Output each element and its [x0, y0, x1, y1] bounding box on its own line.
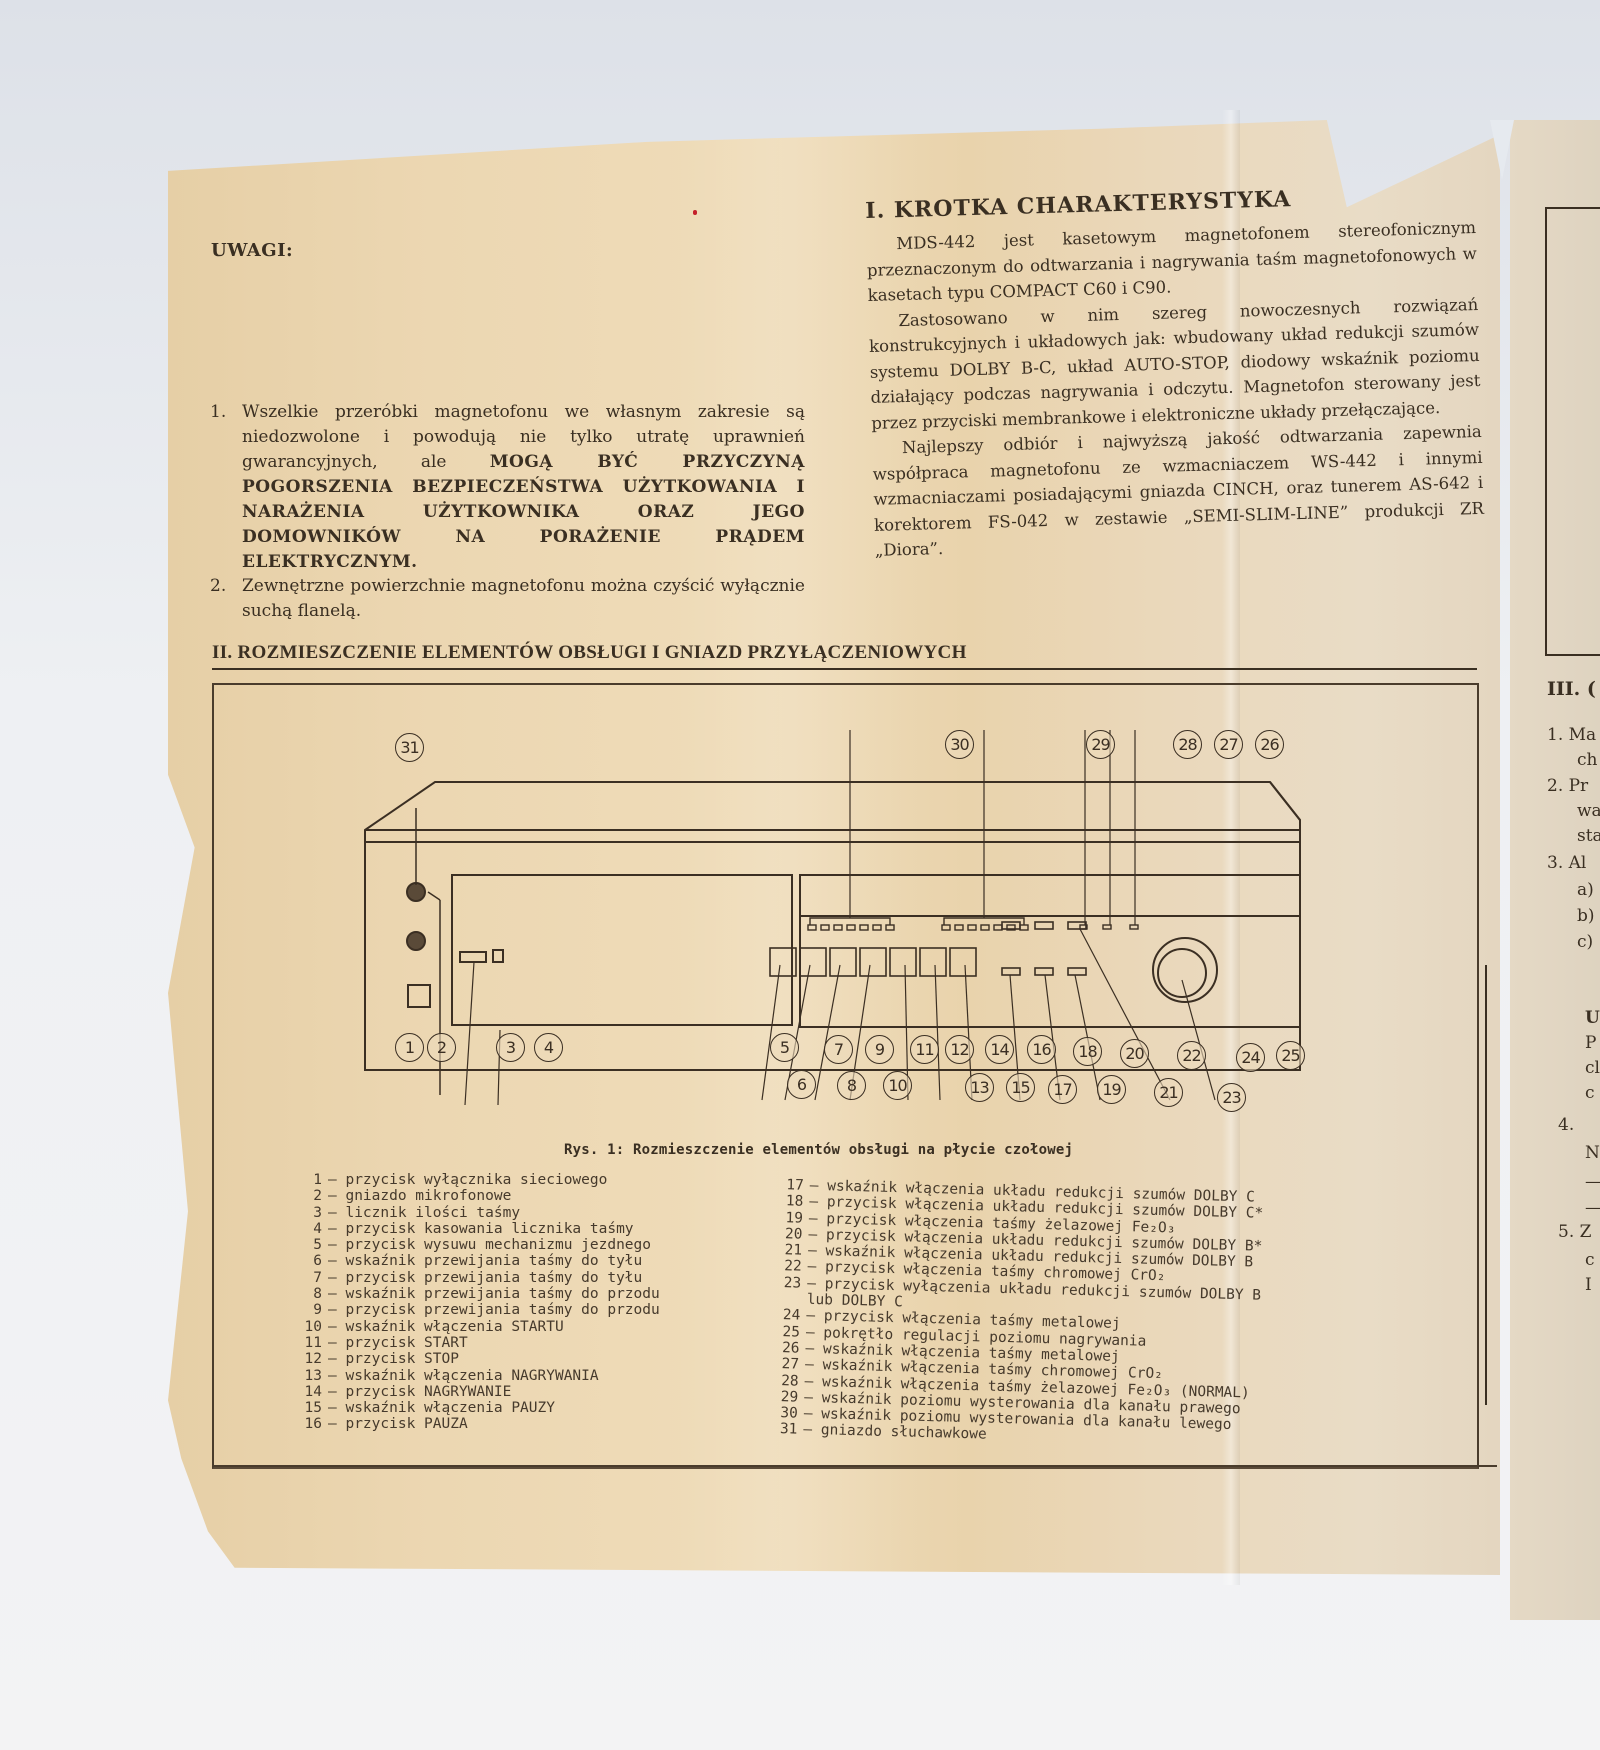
callout-number-29: 29 [1086, 730, 1115, 759]
tape-counter [460, 952, 486, 962]
callout-number-26: 26 [1255, 730, 1284, 759]
power-button [408, 985, 430, 1007]
legend-right: 17— wskaźnik włączenia układu redukcji s… [771, 1177, 1264, 1450]
legend-item: 3— licznik ilości taśmy [296, 1205, 660, 1221]
callout-number-31: 31 [395, 733, 424, 762]
divider [212, 668, 1477, 670]
right-page-line: — [1585, 1198, 1600, 1218]
callout-number-13: 13 [965, 1073, 994, 1102]
divider [212, 1465, 1497, 1467]
callout-number-20: 20 [1120, 1039, 1149, 1068]
right-page-line: b) [1577, 906, 1595, 926]
callout-number-1: 1 [395, 1033, 424, 1062]
callout-number-10: 10 [883, 1071, 912, 1100]
red-mark [693, 210, 697, 215]
right-page-line: 3. Al [1547, 853, 1586, 873]
right-page-line: I [1585, 1275, 1592, 1295]
right-page-line: c) [1577, 932, 1593, 952]
callout-number-25: 25 [1276, 1041, 1305, 1070]
right-page-line: N [1585, 1143, 1600, 1163]
legend-left: 1— przycisk wyłącznika sieciowego 2— gni… [296, 1172, 660, 1433]
right-page-line: a) [1577, 880, 1594, 900]
callout-number-21: 21 [1154, 1078, 1183, 1107]
legend-item: 12— przycisk STOP [296, 1351, 660, 1367]
callout-number-19: 19 [1097, 1075, 1126, 1104]
callout-number-18: 18 [1073, 1037, 1102, 1066]
callout-number-3: 3 [496, 1033, 525, 1062]
callout-number-12: 12 [945, 1035, 974, 1064]
callout-number-8: 8 [837, 1071, 866, 1100]
right-page-line: sta [1577, 826, 1600, 846]
note-item-2: 2. Zewnętrzne powierzchnie magnetofonu m… [210, 574, 805, 624]
callout-number-2: 2 [427, 1033, 456, 1062]
note-text: Zewnętrzne powierzchnie magnetofonu możn… [242, 574, 805, 624]
right-page-line: c [1585, 1250, 1595, 1270]
callout-number-22: 22 [1177, 1041, 1206, 1070]
uwagi-heading: UWAGI: [211, 240, 293, 261]
legend-item: 14— przycisk NAGRYWANIE [296, 1384, 660, 1400]
callout-number-28: 28 [1173, 730, 1202, 759]
note-number: 1. [210, 400, 226, 425]
right-page-line: P [1585, 1033, 1596, 1053]
legend-item: 15— wskaźnik włączenia PAUZY [296, 1400, 660, 1416]
callout-number-7: 7 [824, 1035, 853, 1064]
right-page-line: c [1585, 1083, 1595, 1103]
legend-item: 1— przycisk wyłącznika sieciowego [296, 1172, 660, 1188]
right-page-heading: III. ( [1547, 678, 1596, 700]
section-characteristics: I. KROTKA CHARAKTERYSTYKA MDS-442 jest k… [865, 181, 1485, 563]
legend-item: 5— przycisk wysuwu mechanizmu jezdnego [296, 1237, 660, 1253]
paragraph: Najlepszy odbiór i najwyższą jakość odtw… [872, 419, 1485, 563]
legend-item: 13— wskaźnik włączenia NAGRYWANIA [296, 1368, 660, 1384]
callout-number-6: 6 [787, 1070, 816, 1099]
right-page-line: cl [1585, 1058, 1600, 1078]
legend-item: 2— gniazdo mikrofonowe [296, 1188, 660, 1204]
legend-item: 10— wskaźnik włączenia STARTU [296, 1319, 660, 1335]
mic-jack-icon [407, 932, 425, 950]
legend-item: 9— przycisk przewijania taśmy do przodu [296, 1302, 660, 1318]
legend-item: 16— przycisk PAUZA [296, 1416, 660, 1432]
right-page-line: — [1585, 1172, 1600, 1192]
callout-number-17: 17 [1048, 1075, 1077, 1104]
legend-item: 6— wskaźnik przewijania taśmy do tyłu [296, 1253, 660, 1269]
legend-item: 8— wskaźnik przewijania taśmy do przodu [296, 1286, 660, 1302]
paragraph: Zastosowano w nim szereg nowoczesnych ro… [868, 291, 1481, 435]
callout-number-5: 5 [770, 1033, 799, 1062]
callout-number-23: 23 [1217, 1083, 1246, 1112]
right-page-line: wa [1577, 801, 1600, 821]
callout-number-9: 9 [865, 1035, 894, 1064]
callout-number-14: 14 [985, 1035, 1014, 1064]
callout-number-11: 11 [910, 1035, 939, 1064]
note-number: 2. [210, 574, 226, 599]
callout-number-27: 27 [1214, 730, 1243, 759]
right-page-frame [1545, 207, 1600, 656]
section-title: II. ROZMIESZCZENIE ELEMENTÓW OBSŁUGI I G… [212, 642, 967, 664]
headphone-jack-icon [407, 883, 425, 901]
right-page-line: 5. Z [1558, 1222, 1591, 1242]
right-page-line: U [1585, 1008, 1600, 1028]
note-item-1: 1. Wszelkie przeróbki magnetofonu we wła… [210, 400, 805, 575]
legend-item: 4— przycisk kasowania licznika taśmy [296, 1221, 660, 1237]
callout-number-4: 4 [534, 1033, 563, 1062]
callout-number-24: 24 [1236, 1043, 1265, 1072]
right-page-line: 2. Pr [1547, 776, 1588, 796]
right-page-line: ch [1577, 750, 1597, 770]
right-page-line: 1. Ma [1547, 725, 1596, 745]
right-page-line: 4. [1558, 1115, 1574, 1135]
right-page-rule [1485, 965, 1487, 1405]
callout-number-16: 16 [1027, 1035, 1056, 1064]
legend-item: 11— przycisk START [296, 1335, 660, 1351]
callout-number-15: 15 [1006, 1073, 1035, 1102]
callout-number-30: 30 [945, 730, 974, 759]
legend-item: 7— przycisk przewijania taśmy do tyłu [296, 1270, 660, 1286]
counter-reset-button [493, 950, 503, 962]
figure-caption: Rys. 1: Rozmieszczenie elementów obsługi… [564, 1142, 1073, 1158]
